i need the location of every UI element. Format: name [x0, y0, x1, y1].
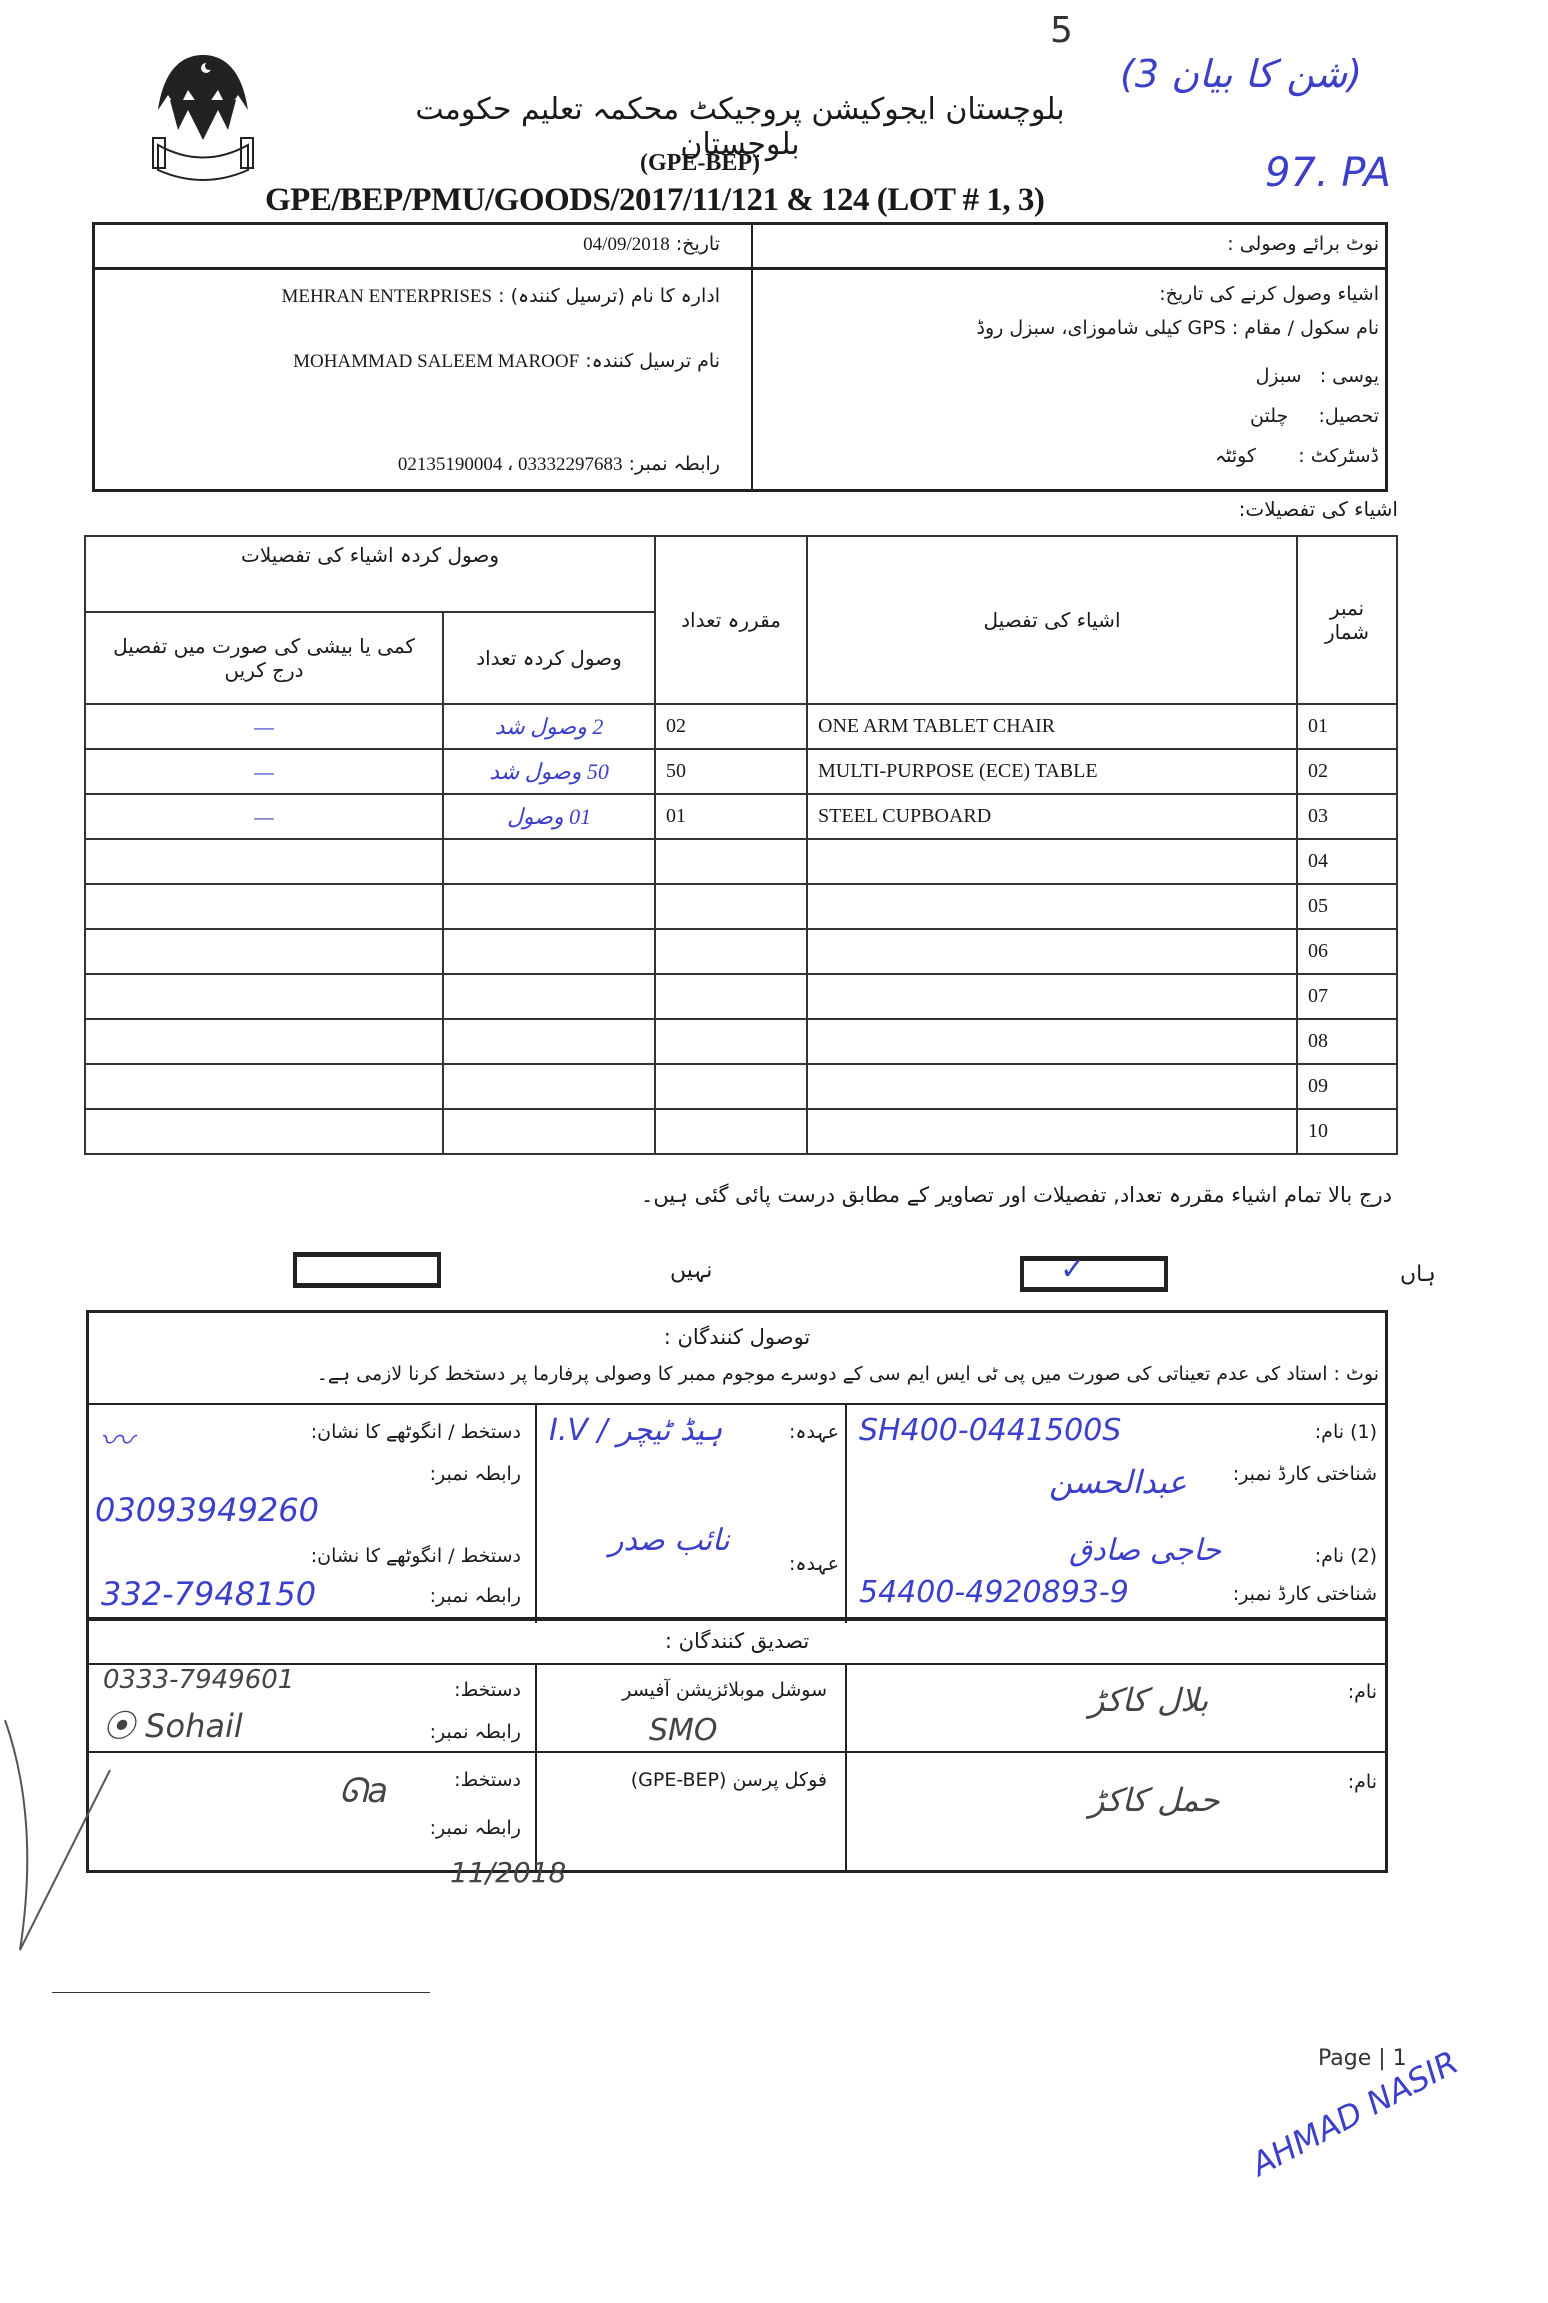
cell-allocated-qty	[655, 974, 807, 1019]
sender-name-value: MOHAMMAD SALEEM MAROOF	[293, 351, 579, 372]
divider	[535, 1403, 537, 1623]
r2-contact-value: 332-7948150	[101, 1575, 316, 1613]
cell-description	[807, 1019, 1297, 1064]
v2-date: 11/2018	[450, 1856, 566, 1889]
table-row: 01ONE ARM TABLET CHAIR022 وصول شد—	[85, 704, 1397, 749]
r1-designation-value: ہیڈ ٹیچر / I.V	[549, 1413, 722, 1448]
goods-table: نمبر شمار اشیاء کی تفصیل مقررہ تعداد وصو…	[84, 535, 1398, 1155]
contact-label: رابطہ نمبر:	[629, 453, 720, 475]
v1-signature: ⦿ Sohail	[103, 1701, 243, 1747]
cell-description: ONE ARM TABLET CHAIR	[807, 704, 1297, 749]
v2-role: فوکل پرسن (GPE-BEP)	[631, 1769, 827, 1791]
v2-name-value: حمل کاکڑ	[1089, 1781, 1220, 1819]
r1-name-label: (1) نام:	[1315, 1421, 1377, 1443]
handwritten-note-code: 97. PA	[1265, 150, 1391, 196]
cell-serial: 10	[1297, 1109, 1397, 1154]
cell-serial: 03	[1297, 794, 1397, 839]
cell-shortage-note	[85, 974, 443, 1019]
cell-description	[807, 974, 1297, 1019]
table-row: 02MULTI-PURPOSE (ECE) TABLE5050 وصول شد—	[85, 749, 1397, 794]
cell-received-qty: 2 وصول شد	[443, 704, 655, 749]
divider	[95, 267, 1385, 270]
cell-allocated-qty: 50	[655, 749, 807, 794]
divider	[89, 1403, 1385, 1405]
v1-name-value: بلال کاکڑ	[1089, 1681, 1208, 1719]
r1-signature-label: دستخط / انگوٹھے کا نشان:	[311, 1421, 521, 1443]
r2-name-value: حاجی صادق	[1069, 1533, 1221, 1568]
cell-description	[807, 839, 1297, 884]
supplier-org-value: MEHRAN ENTERPRISES	[281, 286, 492, 307]
receivers-section: توصول کنندگان : نوٹ : استاد کی عدم تعینا…	[86, 1310, 1388, 1620]
receipt-date-label: اشیاء وصول کرنے کی تاریخ:	[1159, 283, 1379, 305]
r1-designation-label: عہدہ:	[789, 1421, 839, 1443]
v1-name-label: نام:	[1348, 1681, 1377, 1703]
cell-description	[807, 1064, 1297, 1109]
v1-contact-label: رابطہ نمبر:	[430, 1721, 521, 1743]
table-row: 06	[85, 929, 1397, 974]
receivers-title: توصول کنندگان :	[89, 1325, 1385, 1349]
cell-serial: 02	[1297, 749, 1397, 794]
yes-checkbox[interactable]	[1020, 1256, 1168, 1292]
divider	[845, 1403, 847, 1623]
r1-contact-value: 03093949260	[95, 1491, 319, 1529]
divider	[845, 1663, 847, 1873]
cell-shortage-note	[85, 1109, 443, 1154]
cell-serial: 09	[1297, 1064, 1397, 1109]
v2-name-label: نام:	[1348, 1771, 1377, 1793]
uc-label: یوسی :	[1320, 365, 1379, 387]
cell-shortage-note: —	[85, 749, 443, 794]
school-value: GPS کیلی شاموزای، سبزل روڈ	[977, 317, 1226, 339]
cell-serial: 06	[1297, 929, 1397, 974]
goods-section-label: اشیاء کی تفصیلات:	[1239, 497, 1398, 521]
cell-description	[807, 1109, 1297, 1154]
col-allocated-qty: مقررہ تعداد	[655, 536, 807, 704]
supplier-org-label: ادارہ کا نام (ترسیل کنندہ) :	[498, 285, 720, 307]
footnote-divider	[52, 1992, 430, 1993]
cell-serial: 01	[1297, 704, 1397, 749]
handwritten-mark: 5	[1050, 10, 1073, 51]
district-value: کوئٹہ	[1215, 445, 1256, 467]
cell-allocated-qty	[655, 1064, 807, 1109]
school-label: نام سکول / مقام :	[1232, 317, 1379, 339]
table-row: 05	[85, 884, 1397, 929]
r2-cnic-label: شناختی کارڈ نمبر:	[1233, 1583, 1377, 1605]
cell-allocated-qty	[655, 884, 807, 929]
date-value: 04/09/2018	[583, 234, 670, 255]
no-checkbox[interactable]	[293, 1252, 441, 1288]
tehsil-field: تحصیل: چلتن	[1250, 405, 1379, 427]
cell-description	[807, 884, 1297, 929]
contact-field: رابطہ نمبر: 02135190004 ، 03332297683	[398, 453, 720, 476]
cell-shortage-note	[85, 1064, 443, 1109]
cell-received-qty	[443, 1064, 655, 1109]
cell-allocated-qty	[655, 1109, 807, 1154]
tehsil-label: تحصیل:	[1318, 405, 1379, 427]
r2-name-label: (2) نام:	[1315, 1545, 1377, 1567]
supplier-org-field: ادارہ کا نام (ترسیل کنندہ) : MEHRAN ENTE…	[281, 285, 720, 308]
cell-allocated-qty: 01	[655, 794, 807, 839]
cell-received-qty: 50 وصول شد	[443, 749, 655, 794]
tehsil-value: چلتن	[1250, 405, 1288, 427]
yes-label: ہاں	[1400, 1262, 1436, 1287]
v1-role: سوشل موبلائزیشن آفیسر	[622, 1679, 827, 1701]
r2-contact-label: رابطہ نمبر:	[430, 1585, 521, 1607]
r1-contact-label: رابطہ نمبر:	[430, 1463, 521, 1485]
cell-allocated-qty	[655, 1019, 807, 1064]
contact-value: 02135190004 ، 03332297683	[398, 454, 623, 475]
confirmation-statement: درج بالا تمام اشیاء مقررہ تعداد, تفصیلات…	[641, 1183, 1392, 1207]
r2-signature-label: دستخط / انگوٹھے کا نشان:	[311, 1545, 521, 1567]
government-emblem-logo	[148, 50, 258, 190]
r1-signature: 〰	[99, 1413, 133, 1462]
reference-number: GPE/BEP/PMU/GOODS/2017/11/121 & 124 (LOT…	[265, 182, 1044, 219]
v2-contact-label: رابطہ نمبر:	[430, 1817, 521, 1839]
col-description: اشیاء کی تفصیل	[807, 536, 1297, 704]
cell-received-qty	[443, 1019, 655, 1064]
divider	[89, 1751, 1385, 1753]
pen-stroke-mark	[0, 1700, 120, 1960]
receivers-note: نوٹ : استاد کی عدم تعیناتی کی صورت میں پ…	[317, 1363, 1379, 1385]
r1-cnic-label: شناختی کارڈ نمبر:	[1233, 1463, 1377, 1485]
divider	[751, 225, 753, 489]
v2-signature: ᘏa	[339, 1771, 388, 1811]
cell-received-qty	[443, 1109, 655, 1154]
cell-shortage-note: —	[85, 794, 443, 839]
org-abbrev: (GPE-BEP)	[640, 150, 760, 177]
district-label: ڈسٹرکٹ :	[1298, 445, 1379, 467]
handwritten-note-top: (شن کا بیان 3)	[1120, 52, 1362, 96]
verifiers-section: تصدیق کنندگان : نام: بلال کاکڑ سوشل موبل…	[86, 1618, 1388, 1873]
cell-shortage-note	[85, 929, 443, 974]
verifiers-title: تصدیق کنندگان :	[89, 1629, 1385, 1653]
district-field: ڈسٹرکٹ : کوئٹہ	[1215, 445, 1379, 467]
v1-role-handwritten: SMO	[649, 1713, 718, 1748]
no-label: نہیں	[670, 1258, 712, 1283]
uc-field: یوسی : سبزل	[1256, 365, 1379, 387]
uc-value: سبزل	[1256, 365, 1302, 387]
r2-designation-label: عہدہ:	[789, 1553, 839, 1575]
receipt-note-label: نوٹ برائے وصولی :	[1227, 233, 1379, 255]
v1-contact-value: 0333-7949601	[103, 1665, 294, 1695]
cell-serial: 07	[1297, 974, 1397, 1019]
table-row: 03STEEL CUPBOARD0101 وصول—	[85, 794, 1397, 839]
cell-allocated-qty: 02	[655, 704, 807, 749]
school-field: نام سکول / مقام : GPS کیلی شاموزای، سبزل…	[977, 317, 1379, 339]
col-received-group: وصول کردہ اشیاء کی تفصیلات	[85, 536, 655, 612]
r1-name-value: SH400-0441500S	[859, 1413, 1121, 1448]
cell-shortage-note: —	[85, 704, 443, 749]
r2-cnic-value: 54400-4920893-9	[859, 1575, 1129, 1610]
col-shortage-note: کمی یا بیشی کی صورت میں تفصیل درج کریں	[85, 612, 443, 704]
cell-shortage-note	[85, 839, 443, 884]
cell-description: MULTI-PURPOSE (ECE) TABLE	[807, 749, 1297, 794]
cell-shortage-note	[85, 1019, 443, 1064]
cell-received-qty	[443, 884, 655, 929]
table-row: 04	[85, 839, 1397, 884]
col-serial: نمبر شمار	[1297, 536, 1397, 704]
r1-cnic-value: عبدالحسن	[1049, 1463, 1187, 1501]
cell-received-qty	[443, 974, 655, 1019]
divider	[535, 1663, 537, 1873]
col-received-qty: وصول کردہ تعداد	[443, 612, 655, 704]
date-field: تاریخ: 04/09/2018	[583, 233, 720, 256]
table-row: 08	[85, 1019, 1397, 1064]
cell-allocated-qty	[655, 839, 807, 884]
cell-description	[807, 929, 1297, 974]
sender-name-label: نام ترسیل کنندہ:	[585, 350, 720, 372]
v2-signature-label: دستخط:	[454, 1769, 521, 1791]
sender-name-field: نام ترسیل کنندہ: MOHAMMAD SALEEM MAROOF	[293, 350, 720, 373]
delivery-info-box: تاریخ: 04/09/2018 ادارہ کا نام (ترسیل کن…	[92, 222, 1388, 492]
cell-serial: 08	[1297, 1019, 1397, 1064]
check-mark-icon: ✓	[1060, 1252, 1085, 1287]
cell-received-qty	[443, 929, 655, 974]
table-row: 10	[85, 1109, 1397, 1154]
date-label: تاریخ:	[676, 233, 720, 255]
cell-shortage-note	[85, 884, 443, 929]
table-row: 09	[85, 1064, 1397, 1109]
cell-description: STEEL CUPBOARD	[807, 794, 1297, 839]
page-number: Page | 1	[1318, 2046, 1407, 2071]
table-row: 07	[85, 974, 1397, 1019]
cell-received-qty	[443, 839, 655, 884]
cell-serial: 05	[1297, 884, 1397, 929]
cell-serial: 04	[1297, 839, 1397, 884]
v1-signature-label: دستخط:	[454, 1679, 521, 1701]
r2-designation-value: نائب صدر	[609, 1523, 730, 1558]
cell-allocated-qty	[655, 929, 807, 974]
cell-received-qty: 01 وصول	[443, 794, 655, 839]
